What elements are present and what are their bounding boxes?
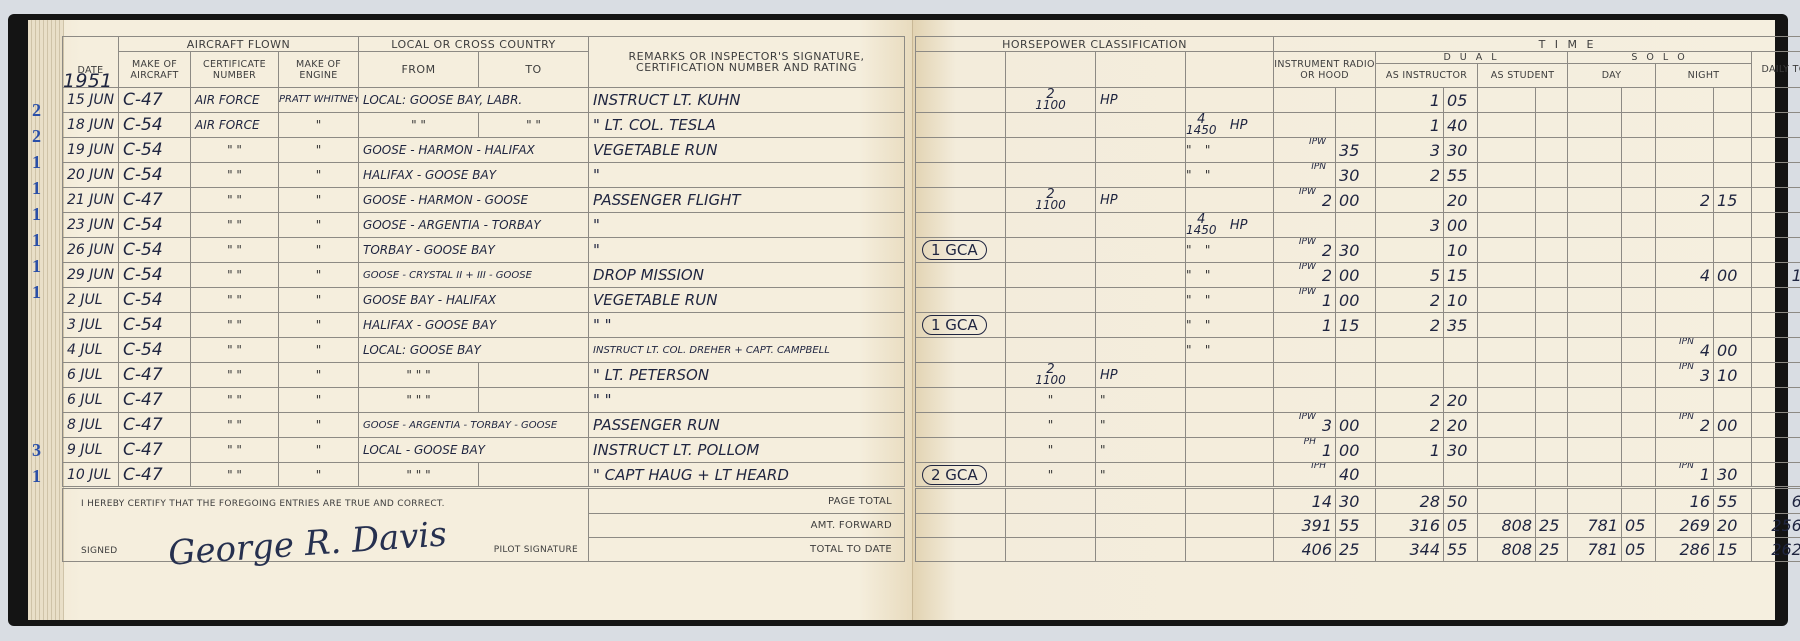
hp-four-engine-cell: " " — [1186, 263, 1274, 288]
aircraft-cell: C-47 — [119, 438, 191, 463]
remarks-cell: INSTRUCT LT. COL. DREHER + CAPT. CAMPBEL… — [589, 338, 905, 363]
route-from-cell: LOCAL - GOOSE BAY — [359, 438, 589, 463]
solo-day-minutes-cell — [1622, 188, 1656, 213]
student-hours-cell — [1478, 263, 1536, 288]
aircraft-cell: C-54 — [119, 113, 191, 138]
instructor-minutes-cell: 55 — [1444, 163, 1478, 188]
gca-cell — [916, 413, 1006, 438]
dual-header: D U A L — [1376, 52, 1568, 64]
remarks-cell: " LT. COL. TESLA — [589, 113, 905, 138]
student-minutes-cell — [1536, 113, 1568, 138]
instructor-minutes-cell: 35 — [1444, 313, 1478, 338]
date-cell: 3 JUL — [63, 313, 119, 338]
hp-two-engine-cell — [1006, 263, 1096, 288]
student-hours-cell — [1478, 238, 1536, 263]
student-hours-cell — [1478, 288, 1536, 313]
gca-cell — [916, 388, 1006, 413]
local-cross-country-header: LOCAL OR CROSS COUNTRY — [359, 37, 589, 52]
solo-night-minutes-cell — [1714, 313, 1752, 338]
hp-four-engine-cell — [1186, 388, 1274, 413]
log-entry-row: 29 JUN C-54 " " " GOOSE - CRYSTAL II + I… — [63, 263, 905, 288]
date-cell: 8 JUL — [63, 413, 119, 438]
hp-two-engine-cell — [1006, 313, 1096, 338]
student-minutes-cell — [1536, 338, 1568, 363]
hp-two-engine-unit-cell: HP — [1096, 188, 1186, 213]
horsepower-header: HORSEPOWER CLASSIFICATION — [916, 37, 1274, 52]
aircraft-cell: C-47 — [119, 188, 191, 213]
instrument-type-tag: IPW — [1299, 263, 1316, 272]
gca-cell — [916, 88, 1006, 113]
certificate-cell: " " — [191, 138, 279, 163]
instrument-type-tag: IPN — [1311, 163, 1326, 172]
instructor-minutes-cell: 30 — [1444, 438, 1478, 463]
instructor-total-minutes: 55 — [1444, 538, 1478, 562]
aircraft-cell: C-54 — [119, 288, 191, 313]
instrument-minutes-cell: 30 — [1336, 163, 1376, 188]
date-header: DATE 1951 — [63, 37, 119, 88]
solo-night-hours-cell — [1656, 313, 1714, 338]
solo-day-hours-cell — [1568, 363, 1622, 388]
remarks-cell: " — [589, 238, 905, 263]
solo-night-hours-cell: 4 — [1656, 263, 1714, 288]
route-from-cell: LOCAL: GOOSE BAY, LABR. — [359, 88, 589, 113]
solo-day-minutes-cell — [1622, 413, 1656, 438]
instrument-hours-cell: IPH — [1274, 463, 1336, 488]
horsepower-value: 1450 — [1186, 225, 1217, 236]
horsepower-value: 1100 — [1035, 200, 1066, 211]
as-instructor-header: AS INSTRUCTOR — [1376, 64, 1478, 88]
instrument-total-minutes: 55 — [1336, 514, 1376, 538]
hp-two-engine-cell — [1006, 163, 1096, 188]
route-from-cell: GOOSE BAY - HALIFAX — [359, 288, 589, 313]
student-hours-cell — [1478, 438, 1536, 463]
student-minutes-cell — [1536, 88, 1568, 113]
engine-cell: " — [279, 288, 359, 313]
daily-total-hours-cell: 2 — [1752, 463, 1800, 488]
engine-cell: " — [279, 438, 359, 463]
instrument-hours-cell — [1274, 88, 1336, 113]
student-minutes-cell — [1536, 438, 1568, 463]
solo-night-hours-cell — [1656, 88, 1714, 113]
log-entry-row: 3 JUL C-54 " " " HALIFAX - GOOSE BAY " " — [63, 313, 905, 338]
solo-day-minutes-cell — [1622, 113, 1656, 138]
solo-day-hours-cell — [1568, 88, 1622, 113]
student-hours-cell — [1478, 138, 1536, 163]
solo-day-hours-cell — [1568, 288, 1622, 313]
log-entry-row: 18 JUN C-54 AIR FORCE " " " " " " LT. CO… — [63, 113, 905, 138]
certificate-cell: AIR FORCE — [191, 113, 279, 138]
make-of-engine-header: MAKE OF ENGINE — [279, 52, 359, 88]
log-entry-row: " " 2 20 2 20 — [916, 388, 1800, 413]
student-minutes-cell — [1536, 413, 1568, 438]
instructor-hours-cell: 1 — [1376, 113, 1444, 138]
date-cell: 10 JUL — [63, 463, 119, 488]
remarks-cell: PASSENGER RUN — [589, 413, 905, 438]
hp-two-engine-unit-cell: HP — [1096, 363, 1186, 388]
remarks-cell: " — [589, 163, 905, 188]
instrument-hours-cell — [1274, 363, 1336, 388]
log-entry-row: 23 JUN C-54 " " " GOOSE - ARGENTIA - TOR… — [63, 213, 905, 238]
instructor-minutes-cell: 20 — [1444, 188, 1478, 213]
student-hours-cell — [1478, 163, 1536, 188]
solo-night-hours-cell — [1656, 288, 1714, 313]
instrument-header: INSTRUMENT RADIO OR HOOD — [1274, 52, 1376, 88]
instrument-hours-cell: IPW2 — [1274, 238, 1336, 263]
instructor-hours-cell: 2 — [1376, 313, 1444, 338]
hp-two-engine-cell — [1006, 288, 1096, 313]
hp-four-engine-cell: " " — [1186, 138, 1274, 163]
daily-total-hours-cell: 4 — [1752, 188, 1800, 213]
engine-cell: " — [279, 188, 359, 213]
log-entry-row: 6 JUL C-47 " " " " " " " " — [63, 388, 905, 413]
aircraft-cell: C-47 — [119, 88, 191, 113]
daily-total-hours-cell: 3 — [1752, 313, 1800, 338]
solo-day-minutes-cell — [1622, 388, 1656, 413]
solo-day-total-minutes: 05 — [1622, 514, 1656, 538]
solo-night-hours-cell: IPN2 — [1656, 413, 1714, 438]
instructor-hours-cell: 2 — [1376, 388, 1444, 413]
log-entry-row: 41450 HP 3 00 3 00 — [916, 213, 1800, 238]
remarks-cell: INSTRUCT LT. POLLOM — [589, 438, 905, 463]
date-cell: 18 JUN — [63, 113, 119, 138]
date-cell: 23 JUN — [63, 213, 119, 238]
engine-cell: " — [279, 338, 359, 363]
grand-total-hours: 2627 — [1752, 538, 1800, 562]
instrument-hours-cell: IPW2 — [1274, 263, 1336, 288]
remarks-cell: " " — [589, 313, 905, 338]
instrument-hours-cell — [1274, 113, 1336, 138]
instructor-hours-cell: 3 — [1376, 138, 1444, 163]
night-header: NIGHT — [1656, 64, 1752, 88]
route-from-cell: GOOSE - HARMON - GOOSE — [359, 188, 589, 213]
instrument-type-tag: PH — [1304, 438, 1316, 447]
instrument-minutes-cell — [1336, 388, 1376, 413]
solo-night-hours-cell — [1656, 238, 1714, 263]
instrument-type-tag: IPW — [1299, 288, 1316, 297]
as-student-header: AS STUDENT — [1478, 64, 1568, 88]
night-type-tag: IPN — [1679, 363, 1694, 372]
daily-total-hours-cell: 7 — [1752, 413, 1800, 438]
solo-day-total-hours — [1568, 488, 1622, 514]
hp-two-engine-cell: 21100 — [1006, 363, 1096, 388]
instructor-hours-cell — [1376, 238, 1444, 263]
make-of-aircraft-header: MAKE OF AIRCRAFT — [119, 52, 191, 88]
date-cell: 9 JUL — [63, 438, 119, 463]
daily-total-header: DAILY TOTAL TIME — [1752, 52, 1800, 88]
daily-total-hours-cell: 2 — [1752, 388, 1800, 413]
student-minutes-cell — [1536, 288, 1568, 313]
log-entry-row: " " IPW1 00 2 10 3 10 — [916, 288, 1800, 313]
date-cell: 6 JUL — [63, 388, 119, 413]
student-total-minutes: 25 — [1536, 514, 1568, 538]
gca-approach-note: 1 GCA — [922, 315, 987, 335]
student-hours-cell — [1478, 388, 1536, 413]
log-entry-row: " " IPN4 00 4 00 — [916, 338, 1800, 363]
instructor-total-hours: 344 — [1376, 538, 1444, 562]
instructor-hours-cell — [1376, 338, 1444, 363]
solo-day-hours-cell — [1568, 338, 1622, 363]
solo-night-minutes-cell — [1714, 138, 1752, 163]
remarks-cell: " CAPT HAUG + LT HEARD — [589, 463, 905, 488]
log-entry-row: 26 JUN C-54 " " " TORBAY - GOOSE BAY " — [63, 238, 905, 263]
gca-approach-note: 1 GCA — [922, 240, 987, 260]
solo-night-total-minutes: 20 — [1714, 514, 1752, 538]
log-entry-row: " " IPN 30 2 55 3 25 — [916, 163, 1800, 188]
student-hours-cell — [1478, 363, 1536, 388]
student-hours-cell — [1478, 413, 1536, 438]
solo-night-hours-cell: 2 — [1656, 188, 1714, 213]
student-hours-cell — [1478, 113, 1536, 138]
signed-label: SIGNED — [63, 546, 118, 556]
date-cell: 29 JUN — [63, 263, 119, 288]
engine-cell: " — [279, 413, 359, 438]
gca-cell — [916, 188, 1006, 213]
solo-night-minutes-cell — [1714, 238, 1752, 263]
remarks-cell: INSTRUCT LT. KUHN — [589, 88, 905, 113]
solo-night-minutes-cell — [1714, 213, 1752, 238]
instrument-total-hours: 406 — [1274, 538, 1336, 562]
engine-cell: PRATT WHITNEY — [279, 88, 359, 113]
flight-log-right-table: HORSEPOWER CLASSIFICATION T I M E INSTRU… — [915, 36, 1800, 562]
certificate-cell: " " — [191, 213, 279, 238]
hp-two-engine-unit-cell — [1096, 213, 1186, 238]
hp-two-engine-cell — [1006, 238, 1096, 263]
hp-two-engine-cell: " — [1006, 413, 1096, 438]
gca-cell — [916, 363, 1006, 388]
solo-night-minutes-cell: 00 — [1714, 413, 1752, 438]
instructor-minutes-cell: 05 — [1444, 88, 1478, 113]
certificate-cell: " " — [191, 338, 279, 363]
certificate-cell: " " — [191, 188, 279, 213]
log-entry-row: 21100 HP IPW2 00 20 2 15 4 35 — [916, 188, 1800, 213]
instructor-total-hours: 316 — [1376, 514, 1444, 538]
instructor-minutes-cell: 15 — [1444, 263, 1478, 288]
solo-day-minutes-cell — [1622, 363, 1656, 388]
instrument-minutes-cell: 00 — [1336, 263, 1376, 288]
instructor-minutes-cell — [1444, 463, 1478, 488]
solo-night-hours-cell — [1656, 388, 1714, 413]
route-to-cell — [479, 463, 589, 488]
hp-two-engine-unit-cell: " — [1096, 438, 1186, 463]
certificate-cell: " " — [191, 263, 279, 288]
page-total-row: 14 30 28 50 16 55 60 15 — [916, 488, 1800, 514]
solo-day-minutes-cell — [1622, 288, 1656, 313]
route-to-cell: " " — [479, 113, 589, 138]
instrument-minutes-cell — [1336, 113, 1376, 138]
solo-night-minutes-cell: 10 — [1714, 363, 1752, 388]
solo-night-minutes-cell — [1714, 163, 1752, 188]
log-entry-row: 20 JUN C-54 " " " HALIFAX - GOOSE BAY " — [63, 163, 905, 188]
engine-cell: " — [279, 163, 359, 188]
solo-day-minutes-cell — [1622, 213, 1656, 238]
gca-cell — [916, 163, 1006, 188]
daily-total-hours-cell: 2 — [1752, 438, 1800, 463]
solo-night-total-hours: 286 — [1656, 538, 1714, 562]
year-value: 1951 — [63, 76, 118, 87]
gca-cell — [916, 263, 1006, 288]
instrument-minutes-cell — [1336, 213, 1376, 238]
student-hours-cell — [1478, 88, 1536, 113]
gca-cell: 1 GCA — [916, 313, 1006, 338]
instrument-hours-cell — [1274, 213, 1336, 238]
route-from-cell: LOCAL: GOOSE BAY — [359, 338, 589, 363]
solo-day-minutes-cell — [1622, 88, 1656, 113]
route-from-cell: GOOSE - CRYSTAL II + III - GOOSE — [359, 263, 589, 288]
gca-cell — [916, 288, 1006, 313]
instrument-type-tag: IPH — [1311, 463, 1326, 472]
solo-day-hours-cell — [1568, 438, 1622, 463]
solo-night-minutes-cell — [1714, 288, 1752, 313]
instrument-total-hours: 14 — [1274, 488, 1336, 514]
solo-day-hours-cell — [1568, 188, 1622, 213]
route-from-cell: HALIFAX - GOOSE BAY — [359, 313, 589, 338]
hp-four-engine-cell: " " — [1186, 313, 1274, 338]
instrument-hours-cell — [1274, 338, 1336, 363]
route-to-cell — [479, 363, 589, 388]
instructor-minutes-cell — [1444, 338, 1478, 363]
instrument-minutes-cell: 00 — [1336, 288, 1376, 313]
remarks-header: REMARKS OR INSPECTOR'S SIGNATURE, CERTIF… — [589, 37, 905, 88]
daily-total-hours-cell: 4 — [1752, 138, 1800, 163]
daily-total-hours-cell: 3 — [1752, 163, 1800, 188]
solo-day-hours-cell — [1568, 413, 1622, 438]
hp-four-engine-cell: " " — [1186, 163, 1274, 188]
hp-two-engine-cell — [1006, 338, 1096, 363]
solo-night-hours-cell: IPN3 — [1656, 363, 1714, 388]
instrument-minutes-cell: 30 — [1336, 238, 1376, 263]
instrument-minutes-cell: 15 — [1336, 313, 1376, 338]
student-hours-cell — [1478, 188, 1536, 213]
hp-four-engine-cell: 41450 HP — [1186, 113, 1274, 138]
solo-day-minutes-cell — [1622, 238, 1656, 263]
log-entry-row: 41450 HP 1 40 1 40 — [916, 113, 1800, 138]
instrument-type-tag: IPW — [1299, 238, 1316, 247]
route-from-cell: " " " — [359, 463, 479, 488]
solo-night-minutes-cell: 00 — [1714, 338, 1752, 363]
gca-approach-note: 2 GCA — [922, 465, 987, 485]
solo-day-total-hours: 781 — [1568, 538, 1622, 562]
student-minutes-cell — [1536, 238, 1568, 263]
date-cell: 4 JUL — [63, 338, 119, 363]
hp-two-engine-unit-cell — [1096, 313, 1186, 338]
student-minutes-cell — [1536, 313, 1568, 338]
aircraft-cell: C-54 — [119, 138, 191, 163]
hp-two-engine-cell: 21100 — [1006, 88, 1096, 113]
instrument-hours-cell: IPW1 — [1274, 288, 1336, 313]
student-minutes-cell — [1536, 188, 1568, 213]
log-entry-row: " " IPW2 00 5 15 4 00 11 15 — [916, 263, 1800, 288]
hp-two-engine-cell — [1006, 113, 1096, 138]
hp-two-engine-unit-cell: " — [1096, 463, 1186, 488]
solo-day-hours-cell — [1568, 163, 1622, 188]
log-entry-row: " " IPW3 00 2 20 IPN2 00 7 20 — [916, 413, 1800, 438]
student-total-minutes — [1536, 488, 1568, 514]
engine-cell: " — [279, 463, 359, 488]
instructor-hours-cell — [1376, 188, 1444, 213]
route-from-cell: GOOSE - HARMON - HALIFAX — [359, 138, 589, 163]
student-minutes-cell — [1536, 388, 1568, 413]
log-entry-row: 15 JUN C-47 AIR FORCE PRATT WHITNEY LOCA… — [63, 88, 905, 113]
certify-statement: I HEREBY CERTIFY THAT THE FOREGOING ENTR… — [81, 499, 445, 509]
log-entry-row: 19 JUN C-54 " " " GOOSE - HARMON - HALIF… — [63, 138, 905, 163]
amt-forward-row: 391 55 316 05 808 25 781 05 269 20 2566 … — [916, 514, 1800, 538]
instructor-hours-cell: 3 — [1376, 213, 1444, 238]
solo-day-hours-cell — [1568, 263, 1622, 288]
log-entry-row: 10 JUL C-47 " " " " " " " CAPT HAUG + LT… — [63, 463, 905, 488]
hp-two-engine-unit-cell — [1096, 138, 1186, 163]
solo-day-hours-cell — [1568, 463, 1622, 488]
student-total-minutes: 25 — [1536, 538, 1568, 562]
engine-cell: " — [279, 263, 359, 288]
instructor-minutes-cell: 10 — [1444, 238, 1478, 263]
hp-two-engine-cell: " — [1006, 388, 1096, 413]
gca-cell: 1 GCA — [916, 238, 1006, 263]
amt-forward-label: AMT. FORWARD — [589, 514, 905, 538]
aircraft-flown-header: AIRCRAFT FLOWN — [119, 37, 359, 52]
solo-day-minutes-cell — [1622, 463, 1656, 488]
hp-two-engine-cell: " — [1006, 463, 1096, 488]
hp-two-engine-unit-cell — [1096, 263, 1186, 288]
hp-two-engine-unit-cell — [1096, 238, 1186, 263]
solo-night-minutes-cell — [1714, 113, 1752, 138]
certificate-cell: " " — [191, 163, 279, 188]
instructor-minutes-cell: 00 — [1444, 213, 1478, 238]
solo-night-hours-cell — [1656, 163, 1714, 188]
solo-day-minutes-cell — [1622, 263, 1656, 288]
hp-four-engine-cell — [1186, 88, 1274, 113]
aircraft-cell: C-47 — [119, 388, 191, 413]
hp-four-engine-cell: 41450 HP — [1186, 213, 1274, 238]
aircraft-cell: C-47 — [119, 363, 191, 388]
instructor-minutes-cell: 20 — [1444, 413, 1478, 438]
solo-night-minutes-cell: 30 — [1714, 463, 1752, 488]
total-to-date-row: 406 25 344 55 808 25 781 05 286 15 2627 … — [916, 538, 1800, 562]
instrument-hours-cell: IPW3 — [1274, 413, 1336, 438]
instructor-minutes-cell: 20 — [1444, 388, 1478, 413]
certificate-cell: " " — [191, 313, 279, 338]
daily-total-hours-cell: 2 — [1752, 238, 1800, 263]
solo-night-total-minutes: 55 — [1714, 488, 1752, 514]
engine-cell: " — [279, 388, 359, 413]
instrument-hours-cell — [1274, 388, 1336, 413]
horsepower-value: 1100 — [1035, 100, 1066, 111]
daily-total-hours-cell: 1 — [1752, 88, 1800, 113]
route-from-cell: TORBAY - GOOSE BAY — [359, 238, 589, 263]
log-entry-row: 1 GCA " " 1 15 2 35 3 50 — [916, 313, 1800, 338]
daily-total-hours-cell: 4 — [1752, 338, 1800, 363]
solo-night-minutes-cell: 15 — [1714, 188, 1752, 213]
route-from-cell: " " " — [359, 388, 479, 413]
instrument-total-hours: 391 — [1274, 514, 1336, 538]
instructor-hours-cell: 1 — [1376, 88, 1444, 113]
instrument-minutes-cell: 00 — [1336, 413, 1376, 438]
instrument-minutes-cell: 40 — [1336, 463, 1376, 488]
aircraft-cell: C-47 — [119, 463, 191, 488]
aircraft-cell: C-54 — [119, 338, 191, 363]
engine-cell: " — [279, 238, 359, 263]
solo-day-minutes-cell — [1622, 313, 1656, 338]
night-type-tag: IPN — [1679, 338, 1694, 347]
student-total-hours: 808 — [1478, 538, 1536, 562]
daily-total-hours-cell: 11 — [1752, 263, 1800, 288]
hp-four-engine-cell — [1186, 438, 1274, 463]
certificate-cell: " " — [191, 438, 279, 463]
log-entry-row: 2 JUL C-54 " " " GOOSE BAY - HALIFAX VEG… — [63, 288, 905, 313]
certificate-cell: " " — [191, 238, 279, 263]
hp-two-engine-unit-cell: " — [1096, 413, 1186, 438]
remarks-cell: VEGETABLE RUN — [589, 138, 905, 163]
log-entry-row: 8 JUL C-47 " " " GOOSE - ARGENTIA - TORB… — [63, 413, 905, 438]
